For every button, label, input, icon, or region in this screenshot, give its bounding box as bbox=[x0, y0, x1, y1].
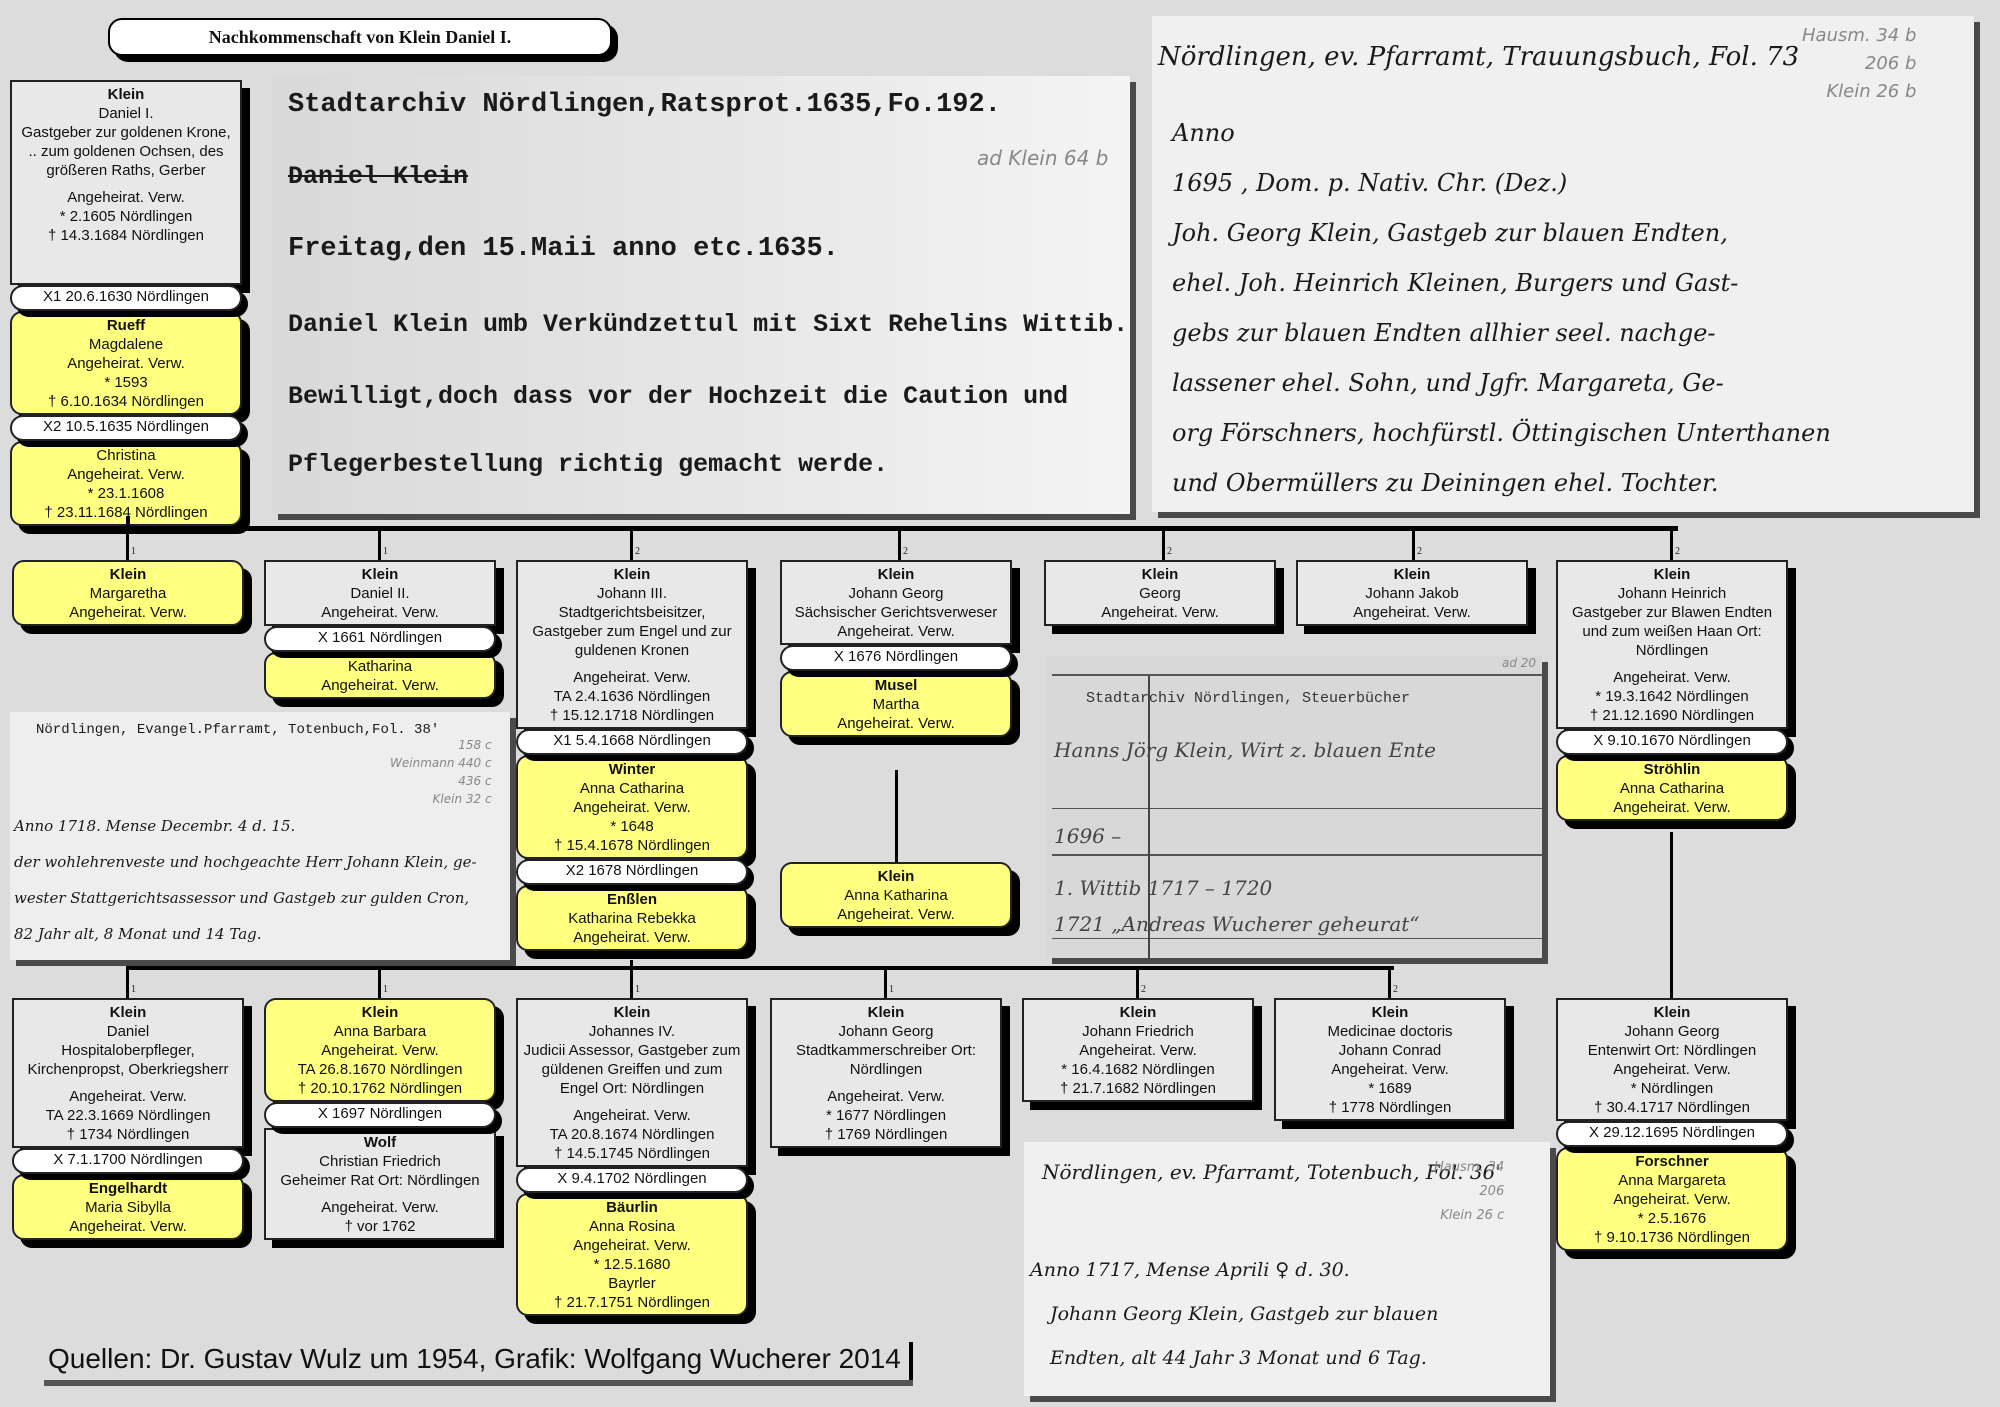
doc-line: 1696 – bbox=[1054, 824, 1121, 848]
given-name: Johann Jakob bbox=[1302, 584, 1522, 603]
spouse-box-stroehlin[interactable]: Ströhlin Anna Catharina Angeheirat. Verw… bbox=[1556, 755, 1788, 821]
relation: Angeheirat. Verw. bbox=[18, 603, 238, 622]
given-name: Anna Catharina bbox=[1562, 779, 1782, 798]
person-box[interactable]: Klein Medicinae doctoris Johann Conrad A… bbox=[1274, 998, 1506, 1121]
baptism: TA 20.8.1674 Nördlingen bbox=[522, 1125, 742, 1144]
birth: * 1648 bbox=[522, 817, 742, 836]
marriage-pill: X 29.12.1695 Nördlingen bbox=[1556, 1121, 1788, 1147]
person-box[interactable]: Klein Anna Barbara Angeheirat. Verw. TA … bbox=[264, 998, 496, 1102]
surname: Klein bbox=[786, 867, 1006, 886]
surname: Klein bbox=[1562, 1003, 1782, 1022]
marriage-number-label: 2 bbox=[1141, 984, 1146, 995]
surname: Klein bbox=[16, 85, 236, 104]
connector-line bbox=[126, 966, 1394, 970]
connector-line bbox=[630, 528, 633, 560]
death: † 21.7.1751 Nördlingen bbox=[522, 1293, 742, 1312]
doc-line: Hanns Jörg Klein, Wirt z. blauen Ente bbox=[1054, 738, 1436, 762]
birth: * Nördlingen bbox=[1562, 1079, 1782, 1098]
doc-line: Stadtarchiv Nördlingen,Ratsprot.1635,Fo.… bbox=[288, 90, 1001, 120]
person-box[interactable]: Klein Daniel Hospitaloberpfleger, Kirche… bbox=[12, 998, 244, 1148]
occupation: Stadtkammerschreiber Ort: Nördlingen bbox=[776, 1041, 996, 1079]
occupation: Hospitaloberpfleger, Kirchenpropst, Ober… bbox=[18, 1041, 238, 1079]
relation: Angeheirat. Verw. bbox=[786, 905, 1006, 924]
relation: Angeheirat. Verw. bbox=[270, 1198, 490, 1217]
connector-line bbox=[898, 528, 901, 560]
connector-line bbox=[378, 528, 381, 560]
connector-line bbox=[1136, 968, 1139, 998]
given-name: Margaretha bbox=[18, 584, 238, 603]
connector-line bbox=[1388, 968, 1391, 998]
death: † 6.10.1634 Nördlingen bbox=[16, 392, 236, 411]
given-name: Maria Sibylla bbox=[18, 1198, 238, 1217]
doc-margin: Hausm. 34 206 Klein 26 c bbox=[1434, 1156, 1504, 1228]
given-name: Anna Rosina bbox=[522, 1217, 742, 1236]
doc-header: Nördlingen, ev. Pfarramt, Trauungsbuch, … bbox=[1158, 42, 1799, 72]
surname: Klein bbox=[18, 565, 238, 584]
occupation: Sächsischer Gerichtsverweser bbox=[786, 603, 1006, 622]
person-box[interactable]: Klein Johannes IV. Judicii Assessor, Gas… bbox=[516, 998, 748, 1167]
marriage-pill: X1 5.4.1668 Nördlingen bbox=[516, 729, 748, 755]
doc-body: Anno 1718. Mense Decembr. 4 d. 15. der w… bbox=[14, 808, 477, 952]
doc-header: Stadtarchiv Nördlingen, Steuerbücher bbox=[1086, 690, 1410, 707]
birth: * 2.5.1676 bbox=[1562, 1209, 1782, 1228]
connector-line bbox=[1162, 528, 1165, 560]
marriage-pill: X 1661 Nördlingen bbox=[264, 626, 496, 652]
marriage-pill: X2 1678 Nördlingen bbox=[516, 859, 748, 885]
surname: Klein bbox=[270, 1003, 490, 1022]
marriage-number-label: 1 bbox=[383, 984, 388, 995]
marriage-number-label: 2 bbox=[903, 546, 908, 557]
title: Medicinae doctoris bbox=[1280, 1022, 1500, 1041]
family-johann-friedrich: Klein Johann Friedrich Angeheirat. Verw.… bbox=[1022, 998, 1254, 1102]
relation: Angeheirat. Verw. bbox=[270, 603, 490, 622]
family-margaretha: Klein Margaretha Angeheirat. Verw. bbox=[12, 560, 244, 626]
occupation: Gastgeber zur Blawen Endten und zum weiß… bbox=[1562, 603, 1782, 660]
person-box[interactable]: Klein Johann Georg Entenwirt Ort: Nördli… bbox=[1556, 998, 1788, 1121]
note: Bayrler bbox=[522, 1274, 742, 1293]
doc-header: Nördlingen, ev. Pfarramt, Totenbuch, Fol… bbox=[1042, 1160, 1501, 1184]
document-totenbuch-1718: Nördlingen, Evangel.Pfarramt, Totenbuch,… bbox=[10, 712, 510, 960]
marriage-pill: X1 20.6.1630 Nördlingen bbox=[10, 285, 242, 311]
surname: Ströhlin bbox=[1562, 760, 1782, 779]
death: † 1769 Nördlingen bbox=[776, 1125, 996, 1144]
document-totenbuch-1717: Nördlingen, ev. Pfarramt, Totenbuch, Fol… bbox=[1024, 1142, 1550, 1396]
birth: * 12.5.1680 bbox=[522, 1255, 742, 1274]
family-johann-jakob: Klein Johann Jakob Angeheirat. Verw. bbox=[1296, 560, 1528, 626]
death: † 1734 Nördlingen bbox=[18, 1125, 238, 1144]
surname: Klein bbox=[1050, 565, 1270, 584]
family-georg: Klein Georg Angeheirat. Verw. bbox=[1044, 560, 1276, 626]
baptism: TA 22.3.1669 Nördlingen bbox=[18, 1106, 238, 1125]
document-ratsprotokoll: Stadtarchiv Nördlingen,Ratsprot.1635,Fo.… bbox=[272, 76, 1130, 514]
marriage-number-label: 2 bbox=[1393, 984, 1398, 995]
spouse-box-wolf[interactable]: Wolf Christian Friedrich Geheimer Rat Or… bbox=[264, 1128, 496, 1240]
family-anna-barbara: Klein Anna Barbara Angeheirat. Verw. TA … bbox=[264, 998, 496, 1240]
relation: Angeheirat. Verw. bbox=[522, 798, 742, 817]
relation: Angeheirat. Verw. bbox=[1562, 798, 1782, 817]
marriage-pill: X 7.1.1700 Nördlingen bbox=[12, 1148, 244, 1174]
relation: Angeheirat. Verw. bbox=[16, 354, 236, 373]
death: † vor 1762 bbox=[270, 1217, 490, 1236]
marriage-pill: X 9.4.1702 Nördlingen bbox=[516, 1167, 748, 1193]
death: † 21.12.1690 Nördlingen bbox=[1562, 706, 1782, 725]
family-johann-heinrich: Klein Johann Heinrich Gastgeber zur Blaw… bbox=[1556, 560, 1788, 821]
person-box[interactable]: Klein Margaretha Angeheirat. Verw. bbox=[12, 560, 244, 626]
relation: Angeheirat. Verw. bbox=[786, 622, 1006, 641]
surname: Musel bbox=[786, 676, 1006, 695]
doc-margin: Hausm. 34 b 206 b Klein 26 b bbox=[1802, 22, 1916, 106]
birth: * 1677 Nördlingen bbox=[776, 1106, 996, 1125]
person-box[interactable]: Klein Johann Heinrich Gastgeber zur Blaw… bbox=[1556, 560, 1788, 729]
relation: Angeheirat. Verw. bbox=[16, 188, 236, 207]
family-johann-georg-stadtkammer: Klein Johann Georg Stadtkammerschreiber … bbox=[770, 998, 1002, 1148]
surname: Klein bbox=[786, 565, 1006, 584]
surname: Engelhardt bbox=[18, 1179, 238, 1198]
family-daniel-ii: Klein Daniel II. Angeheirat. Verw. X 166… bbox=[264, 560, 496, 699]
relation: Angeheirat. Verw. bbox=[1562, 668, 1782, 687]
surname: Klein bbox=[1280, 1003, 1500, 1022]
relation: Angeheirat. Verw. bbox=[16, 465, 236, 484]
connector-line bbox=[630, 968, 633, 998]
surname: Rueff bbox=[16, 316, 236, 335]
root-family: Klein Daniel I. Gastgeber zur goldenen K… bbox=[10, 80, 242, 526]
spouse-box-forschner[interactable]: Forschner Anna Margareta Angeheirat. Ver… bbox=[1556, 1147, 1788, 1251]
marriage-number-label: 1 bbox=[131, 546, 136, 557]
given-name: Martha bbox=[786, 695, 1006, 714]
marriage-number-label: 2 bbox=[635, 546, 640, 557]
given-name: Johann Heinrich bbox=[1562, 584, 1782, 603]
birth: * 1593 bbox=[16, 373, 236, 392]
relation: Angeheirat. Verw. bbox=[18, 1217, 238, 1236]
relation: Angeheirat. Verw. bbox=[1050, 603, 1270, 622]
given-name: Katharina bbox=[270, 657, 490, 676]
family-daniel-gen3: Klein Daniel Hospitaloberpfleger, Kirche… bbox=[12, 998, 244, 1240]
doc-line: Freitag,den 15.Maii anno etc.1635. bbox=[288, 234, 839, 264]
given-name: Daniel II. bbox=[270, 584, 490, 603]
given-name: Georg bbox=[1050, 584, 1270, 603]
given-name: Anna Barbara bbox=[270, 1022, 490, 1041]
connector-line bbox=[126, 526, 1678, 531]
spouse-box-christina[interactable]: Christina Angeheirat. Verw. * 23.1.1608 … bbox=[10, 441, 242, 526]
marriage-number-label: 2 bbox=[1417, 546, 1422, 557]
connector-line bbox=[895, 770, 898, 862]
connector-line bbox=[1670, 528, 1673, 560]
surname: Klein bbox=[776, 1003, 996, 1022]
death: † 15.4.1678 Nördlingen bbox=[522, 836, 742, 855]
marriage-number-label: 1 bbox=[889, 984, 894, 995]
birth: * 16.4.1682 Nördlingen bbox=[1028, 1060, 1248, 1079]
given-name: Anna Margareta bbox=[1562, 1171, 1782, 1190]
occupation: Entenwirt Ort: Nördlingen bbox=[1562, 1041, 1782, 1060]
family-johann-georg-saechs: Klein Johann Georg Sächsischer Gerichtsv… bbox=[780, 560, 1012, 737]
surname: Winter bbox=[522, 760, 742, 779]
marriage-pill: X2 10.5.1635 Nördlingen bbox=[10, 415, 242, 441]
document-trauungsbuch: Nördlingen, ev. Pfarramt, Trauungsbuch, … bbox=[1152, 16, 1974, 512]
death: † 14.5.1745 Nördlingen bbox=[522, 1144, 742, 1163]
given-name: Johannes IV. bbox=[522, 1022, 742, 1041]
marriage-number-label: 1 bbox=[635, 984, 640, 995]
doc-line: 1. Wittib 1717 – 1720 bbox=[1054, 876, 1272, 900]
family-johann-iii: Klein Johann III. Stadtgerichtsbeisitzer… bbox=[516, 560, 748, 951]
given-name: Daniel bbox=[18, 1022, 238, 1041]
relation: Angeheirat. Verw. bbox=[1302, 603, 1522, 622]
relation: Angeheirat. Verw. bbox=[522, 1236, 742, 1255]
occupation: Geheimer Rat Ort: Nördlingen bbox=[270, 1171, 490, 1190]
family-johannes-iv: Klein Johannes IV. Judicii Assessor, Gas… bbox=[516, 998, 748, 1316]
person-box[interactable]: Klein Daniel II. Angeheirat. Verw. bbox=[264, 560, 496, 626]
marriage-pill: X 1676 Nördlingen bbox=[780, 645, 1012, 671]
occupation: Gastgeber zur goldenen Krone, .. zum gol… bbox=[16, 123, 236, 180]
relation: Angeheirat. Verw. bbox=[786, 714, 1006, 733]
doc-line: Daniel Klein bbox=[288, 162, 468, 191]
relation: Angeheirat. Verw. bbox=[522, 668, 742, 687]
death: † 30.4.1717 Nördlingen bbox=[1562, 1098, 1782, 1117]
given-name: Johann Friedrich bbox=[1028, 1022, 1248, 1041]
relation: Angeheirat. Verw. bbox=[270, 676, 490, 695]
relation: Angeheirat. Verw. bbox=[522, 928, 742, 947]
person-box[interactable]: Klein Johann Georg Sächsischer Gerichtsv… bbox=[780, 560, 1012, 645]
spouse-box-ensslen[interactable]: Enßlen Katharina Rebekka Angeheirat. Ver… bbox=[516, 885, 748, 951]
given-name: Anna Catharina bbox=[522, 779, 742, 798]
baptism: TA 2.4.1636 Nördlingen bbox=[522, 687, 742, 706]
connector-line bbox=[884, 968, 887, 998]
doc-line: Bewilligt,doch dass vor der Hochzeit die… bbox=[288, 382, 1068, 411]
given-name: Johann Georg bbox=[1562, 1022, 1782, 1041]
family-anna-katharina: Klein Anna Katharina Angeheirat. Verw. bbox=[780, 862, 1012, 928]
surname: Klein bbox=[1028, 1003, 1248, 1022]
person-box-daniel-i[interactable]: Klein Daniel I. Gastgeber zur goldenen K… bbox=[10, 80, 242, 285]
doc-margin: 158 c Weinmann 440 c 436 c Klein 32 c bbox=[390, 736, 492, 808]
spouse-box-musel[interactable]: Musel Martha Angeheirat. Verw. bbox=[780, 671, 1012, 737]
surname: Forschner bbox=[1562, 1152, 1782, 1171]
doc-body: Anno 1695 , Dom. p. Nativ. Chr. (Dez.) J… bbox=[1172, 108, 1831, 508]
surname: Bäurlin bbox=[522, 1198, 742, 1217]
surname: Klein bbox=[1562, 565, 1782, 584]
doc-body: Anno 1717, Mense Aprili ♀ d. 30. Johann … bbox=[1030, 1248, 1438, 1380]
chart-title: Nachkommenschaft von Klein Daniel I. bbox=[108, 18, 612, 56]
doc-line: Daniel Klein umb Verkündzettul mit Sixt … bbox=[288, 310, 1128, 339]
given-name: Daniel I. bbox=[16, 104, 236, 123]
source-credit: Quellen: Dr. Gustav Wulz um 1954, Grafik… bbox=[44, 1342, 913, 1380]
given-name: Magdalene bbox=[16, 335, 236, 354]
person-box[interactable]: Klein Anna Katharina Angeheirat. Verw. bbox=[780, 862, 1012, 928]
surname: Klein bbox=[270, 565, 490, 584]
connector-line bbox=[126, 528, 129, 560]
given-name: Johann Georg bbox=[776, 1022, 996, 1041]
death: † 21.7.1682 Nördlingen bbox=[1028, 1079, 1248, 1098]
occupation: Stadtgerichtsbeisitzer, Gastgeber zum En… bbox=[522, 603, 742, 660]
marriage-number-label: 1 bbox=[131, 984, 136, 995]
relation: Angeheirat. Verw. bbox=[18, 1087, 238, 1106]
birth: * 2.1605 Nördlingen bbox=[16, 207, 236, 226]
death: † 15.12.1718 Nördlingen bbox=[522, 706, 742, 725]
family-johann-georg-entenwirt: Klein Johann Georg Entenwirt Ort: Nördli… bbox=[1556, 998, 1788, 1251]
family-johann-conrad: Klein Medicinae doctoris Johann Conrad A… bbox=[1274, 998, 1506, 1121]
given-name: Johann Georg bbox=[786, 584, 1006, 603]
death: † 20.10.1762 Nördlingen bbox=[270, 1079, 490, 1098]
doc-line: 1721 „Andreas Wucherer geheurat“ bbox=[1054, 912, 1420, 936]
connector-line bbox=[1670, 832, 1673, 1000]
person-box[interactable]: Klein Johann III. Stadtgerichtsbeisitzer… bbox=[516, 560, 748, 729]
connector-line bbox=[378, 968, 381, 998]
connector-line bbox=[126, 516, 130, 526]
surname: Klein bbox=[18, 1003, 238, 1022]
spouse-box-engelhardt[interactable]: Engelhardt Maria Sibylla Angeheirat. Ver… bbox=[12, 1174, 244, 1240]
relation: Angeheirat. Verw. bbox=[270, 1041, 490, 1060]
occupation: Judicii Assessor, Gastgeber zum güldenen… bbox=[522, 1041, 742, 1098]
surname: Enßlen bbox=[522, 890, 742, 909]
person-box[interactable]: Klein Johann Friedrich Angeheirat. Verw.… bbox=[1022, 998, 1254, 1102]
marriage-number-label: 2 bbox=[1675, 546, 1680, 557]
birth: * 19.3.1642 Nördlingen bbox=[1562, 687, 1782, 706]
spouse-box[interactable]: Katharina Angeheirat. Verw. bbox=[264, 652, 496, 699]
relation: Angeheirat. Verw. bbox=[776, 1087, 996, 1106]
doc-note: ad 20 bbox=[1502, 656, 1536, 670]
doc-header: Nördlingen, Evangel.Pfarramt, Totenbuch,… bbox=[36, 722, 439, 738]
person-box[interactable]: Klein Johann Georg Stadtkammerschreiber … bbox=[770, 998, 1002, 1148]
connector-line bbox=[1412, 528, 1415, 560]
document-steuerbuecher: ad 20 Stadtarchiv Nördlingen, Steuerbüch… bbox=[1046, 656, 1542, 958]
marriage-pill: X 9.10.1670 Nördlingen bbox=[1556, 729, 1788, 755]
given-name: Johann Conrad bbox=[1280, 1041, 1500, 1060]
relation: Angeheirat. Verw. bbox=[1280, 1060, 1500, 1079]
surname: Wolf bbox=[270, 1133, 490, 1152]
surname: Klein bbox=[522, 565, 742, 584]
relation: Angeheirat. Verw. bbox=[1028, 1041, 1248, 1060]
spouse-box-rueff[interactable]: Rueff Magdalene Angeheirat. Verw. * 1593… bbox=[10, 311, 242, 415]
birth: * 23.1.1608 bbox=[16, 484, 236, 503]
relation: Angeheirat. Verw. bbox=[1562, 1060, 1782, 1079]
connector-line bbox=[126, 968, 129, 998]
marriage-pill: X 1697 Nördlingen bbox=[264, 1102, 496, 1128]
baptism: TA 26.8.1670 Nördlingen bbox=[270, 1060, 490, 1079]
death: † 1778 Nördlingen bbox=[1280, 1098, 1500, 1117]
surname: Klein bbox=[522, 1003, 742, 1022]
surname: Klein bbox=[1302, 565, 1522, 584]
marriage-number-label: 1 bbox=[383, 546, 388, 557]
death: † 9.10.1736 Nördlingen bbox=[1562, 1228, 1782, 1247]
given-name: Katharina Rebekka bbox=[522, 909, 742, 928]
given-name: Christina bbox=[16, 446, 236, 465]
death: † 14.3.1684 Nördlingen bbox=[16, 226, 236, 245]
person-box[interactable]: Klein Johann Jakob Angeheirat. Verw. bbox=[1296, 560, 1528, 626]
doc-note: ad Klein 64 b bbox=[977, 146, 1108, 170]
spouse-box-winter[interactable]: Winter Anna Catharina Angeheirat. Verw. … bbox=[516, 755, 748, 859]
given-name: Christian Friedrich bbox=[270, 1152, 490, 1171]
person-box[interactable]: Klein Georg Angeheirat. Verw. bbox=[1044, 560, 1276, 626]
given-name: Anna Katharina bbox=[786, 886, 1006, 905]
birth: * 1689 bbox=[1280, 1079, 1500, 1098]
given-name: Johann III. bbox=[522, 584, 742, 603]
relation: Angeheirat. Verw. bbox=[1562, 1190, 1782, 1209]
spouse-box-baeurlin[interactable]: Bäurlin Anna Rosina Angeheirat. Verw. * … bbox=[516, 1193, 748, 1316]
relation: Angeheirat. Verw. bbox=[522, 1106, 742, 1125]
doc-line: Pflegerbestellung richtig gemacht werde. bbox=[288, 450, 888, 479]
marriage-number-label: 2 bbox=[1167, 546, 1172, 557]
